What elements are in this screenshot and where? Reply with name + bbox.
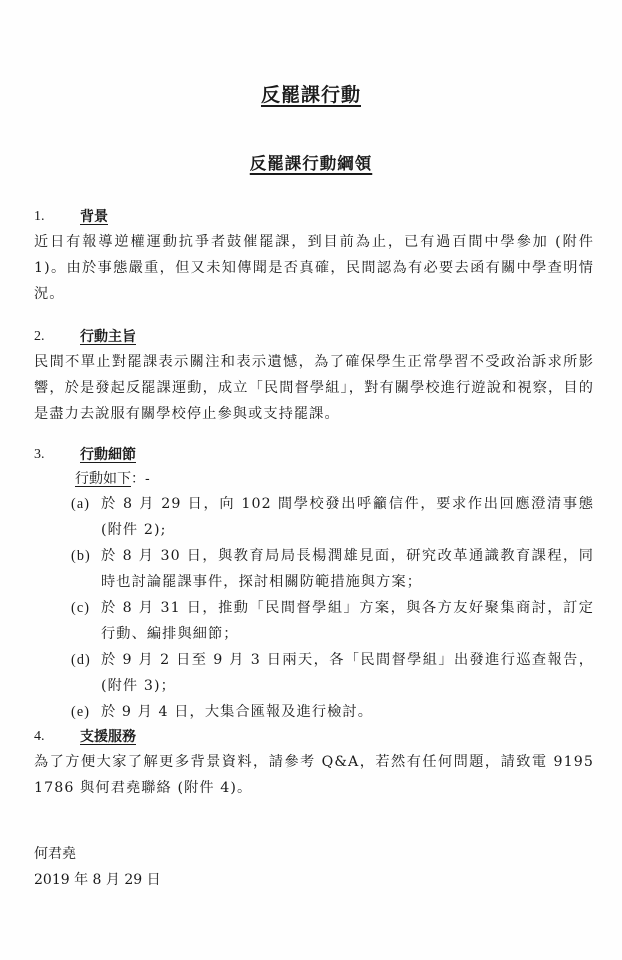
section-body: 民間不單止對罷課表示關注和表示遺憾，為了確保學生正常學習不受政治訴求所影響，於是… [34,349,594,427]
item-label: (a) [71,491,101,543]
section-action-details: 3. 行動細節 行動如下：- (a) 於 8 月 29 日，向 102 間學校發… [34,443,594,725]
section-title: 支援服務 [80,725,136,749]
section-title: 行動細節 [80,443,136,467]
signature-date: 2019 年 8 月 29 日 [34,868,161,892]
section-body: 為了方便大家了解更多背景資料，請參考 Q&A，若然有任何問題，請致電 9195 … [34,749,594,801]
signature-name: 何君堯 [34,842,76,866]
section-heading: 3. 行動細節 [34,443,594,467]
item-text: 於 8 月 30 日，與教育局局長楊潤雄見面，研究改革通識教育課程，同時也討論罷… [101,543,594,595]
section-title: 背景 [80,205,108,229]
section-background: 1. 背景 近日有報導逆權運動抗爭者鼓催罷課，到目前為止，已有過百間中學參加 (… [34,205,594,307]
section-heading: 1. 背景 [34,205,594,229]
item-label: (c) [71,595,101,647]
actions-lead-text: 行動如下 [75,471,131,487]
section-support: 4. 支援服務 為了方便大家了解更多背景資料，請參考 Q&A，若然有任何問題，請… [34,725,594,801]
section-number: 1. [34,205,80,229]
item-text: 於 8 月 31 日，推動「民間督學組」方案，與各方友好聚集商討，訂定行動、編排… [101,595,594,647]
section-body: 近日有報導逆權運動抗爭者鼓催罷課，到目前為止，已有過百間中學參加 (附件1)。由… [34,229,594,307]
item-text: 於 9 月 4 日，大集合匯報及進行檢討。 [101,699,594,725]
document-title: 反罷課行動 [0,80,622,107]
section-number: 3. [34,443,80,467]
item-label: (d) [71,647,101,699]
action-item-b: (b) 於 8 月 30 日，與教育局局長楊潤雄見面，研究改革通識教育課程，同時… [71,543,594,595]
action-item-d: (d) 於 9 月 2 日至 9 月 3 日兩天，各「民間督學組」出發進行巡查報… [71,647,594,699]
document-subtitle-text: 反罷課行動綱領 [250,154,373,173]
item-label: (e) [71,699,101,725]
document-title-text: 反罷課行動 [261,84,361,106]
actions-lead: 行動如下：- [75,467,594,491]
section-purpose: 2. 行動主旨 民間不單止對罷課表示關注和表示遺憾，為了確保學生正常學習不受政治… [34,325,594,427]
section-number: 2. [34,325,80,349]
action-item-c: (c) 於 8 月 31 日，推動「民間督學組」方案，與各方友好聚集商討，訂定行… [71,595,594,647]
section-heading: 4. 支援服務 [34,725,594,749]
document-subtitle: 反罷課行動綱領 [0,150,622,174]
document-page: 反罷課行動 反罷課行動綱領 1. 背景 近日有報導逆權運動抗爭者鼓催罷課，到目前… [0,0,622,960]
section-title: 行動主旨 [80,325,136,349]
item-text: 於 8 月 29 日，向 102 間學校發出呼籲信件，要求作出回應澄清事態 (附… [101,491,594,543]
section-heading: 2. 行動主旨 [34,325,594,349]
section-number: 4. [34,725,80,749]
item-text: 於 9 月 2 日至 9 月 3 日兩天，各「民間督學組」出發進行巡查報告，(附… [101,647,594,699]
action-item-e: (e) 於 9 月 4 日，大集合匯報及進行檢討。 [71,699,594,725]
actions-lead-suffix: ：- [131,471,150,487]
item-label: (b) [71,543,101,595]
action-item-a: (a) 於 8 月 29 日，向 102 間學校發出呼籲信件，要求作出回應澄清事… [71,491,594,543]
